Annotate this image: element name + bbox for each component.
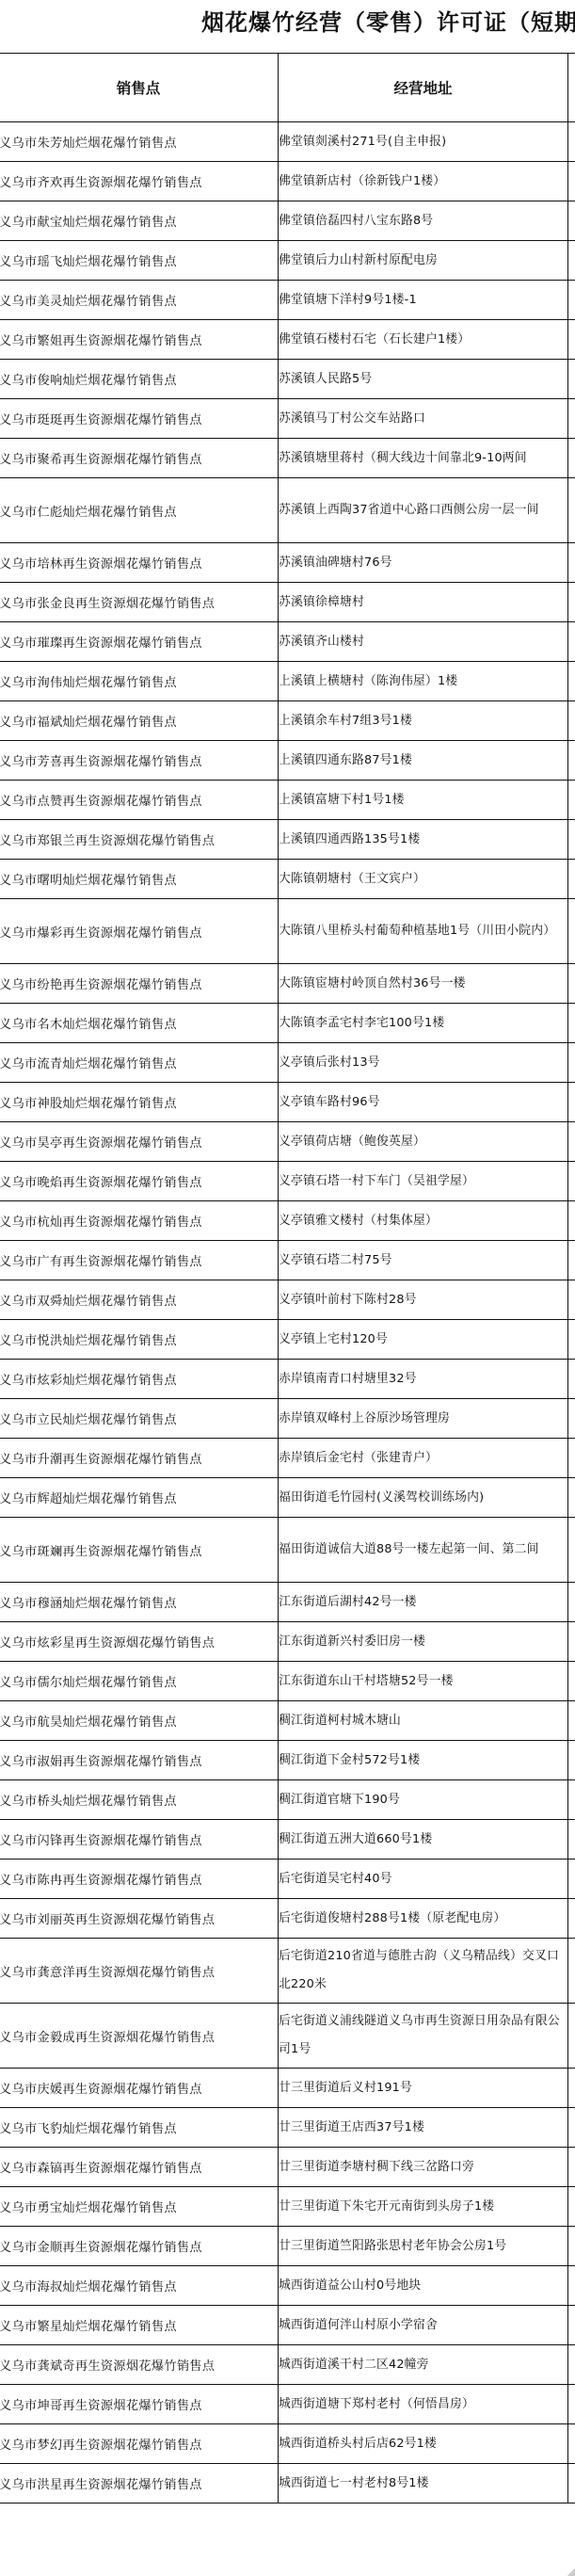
- cell-address: 后宅街道210省道与德胜古韵（义乌精品线）交叉口北220米: [279, 1939, 568, 2004]
- cell-address: 佛堂镇石楼村石宅（石长建户1楼）: [279, 320, 568, 360]
- cell-address: 上溪镇四通西路135号1楼: [279, 820, 568, 860]
- cell-sales-point: 义乌市点赞再生资源烟花爆竹销售点: [0, 781, 279, 820]
- cell-extra: [568, 622, 575, 662]
- cell-address: 义亭镇后张村13号: [279, 1043, 568, 1083]
- cell-sales-point: 义乌市培林再生资源烟花爆竹销售点: [0, 543, 279, 583]
- cell-extra: [568, 1662, 575, 1701]
- table-row: 义乌市金毅成再生资源烟花爆竹销售点后宅街道义浦线隧道义乌市再生资源日用杂品有限公…: [0, 2004, 575, 2069]
- cell-extra: [568, 1622, 575, 1662]
- cell-extra: [568, 701, 575, 741]
- cell-extra: [568, 1320, 575, 1360]
- table-row: 义乌市仁彪灿烂烟花爆竹销售点苏溪镇上西陶37省道中心路口西侧公房一层一间: [0, 478, 575, 543]
- table-row: 义乌市坤哥再生资源烟花爆竹销售点城西街道塘下郑村老村（何悟昌房）: [0, 2385, 575, 2424]
- cell-address: 大陈镇八里桥头村葡萄种植基地1号（川田小院内）: [279, 899, 568, 964]
- cell-address: 赤岸镇双峰村上谷原沙场管理房: [279, 1399, 568, 1439]
- cell-extra: [568, 1583, 575, 1622]
- cell-address: 稠江街道柯村城木塘山: [279, 1701, 568, 1741]
- cell-address: 廿三里街道李塘村稠下线三岔路口旁: [279, 2148, 568, 2187]
- cell-address: 稠江街道官塘下190号: [279, 1780, 568, 1820]
- cell-address: 后宅街道吴宅村40号: [279, 1860, 568, 1899]
- cell-extra: [568, 2069, 575, 2108]
- cell-sales-point: 义乌市勇宝灿烂烟花爆竹销售点: [0, 2187, 279, 2227]
- permit-table: 销售点 经营地址 义乌市朱芳灿烂烟花爆竹销售点佛堂镇剡溪村271号(自主申报)义…: [0, 53, 575, 2504]
- cell-sales-point: 义乌市儒尔灿烂烟花爆竹销售点: [0, 1662, 279, 1701]
- table-row: 义乌市海叔灿烂烟花爆竹销售点城西街道益公山村0号地块: [0, 2266, 575, 2306]
- table-row: 义乌市纷艳再生资源烟花爆竹销售点大陈镇宦塘村岭顶自然村36号一楼: [0, 964, 575, 1004]
- column-header-name: 销售点: [0, 54, 279, 122]
- cell-address: 城西街道桥头村后店62号1楼: [279, 2424, 568, 2464]
- cell-sales-point: 义乌市献宝灿烂烟花爆竹销售点: [0, 201, 279, 241]
- table-row: 义乌市齐欢再生资源烟花爆竹销售点佛堂镇新店村（徐新钱户1楼）: [0, 162, 575, 201]
- cell-address: 城西街道塘下郑村老村（何悟昌房）: [279, 2385, 568, 2424]
- table-row: 义乌市洵伟灿烂烟花爆竹销售点上溪镇上横塘村（陈洵伟屋）1楼: [0, 662, 575, 701]
- table-row: 义乌市昊亭再生资源烟花爆竹销售点义亭镇荷店塘（鲍俊英屋）: [0, 1122, 575, 1162]
- table-row: 义乌市朱芳灿烂烟花爆竹销售点佛堂镇剡溪村271号(自主申报): [0, 122, 575, 162]
- table-row: 义乌市炫彩灿烂烟花爆竹销售点赤岸镇南青口村塘里32号: [0, 1360, 575, 1399]
- cell-sales-point: 义乌市繁星灿烂烟花爆竹销售点: [0, 2306, 279, 2345]
- cell-address: 苏溪镇塘里蒋村（稠大线边十间靠北9-10两间: [279, 439, 568, 478]
- table-row: 义乌市献宝灿烂烟花爆竹销售点佛堂镇倍磊四村八宝东路8号: [0, 201, 575, 241]
- column-header-extra: [568, 54, 575, 122]
- cell-extra: [568, 1701, 575, 1741]
- cell-sales-point: 义乌市张金良再生资源烟花爆竹销售点: [0, 583, 279, 622]
- table-row: 义乌市升潮再生资源烟花爆竹销售点赤岸镇后金宅村（张建青户）: [0, 1439, 575, 1478]
- cell-sales-point: 义乌市陈冉再生资源烟花爆竹销售点: [0, 1860, 279, 1899]
- cell-extra: [568, 1241, 575, 1280]
- cell-extra: [568, 1939, 575, 2004]
- cell-sales-point: 义乌市洵伟灿烂烟花爆竹销售点: [0, 662, 279, 701]
- cell-address: 廿三里街道王店西37号1楼: [279, 2108, 568, 2148]
- table-row: 义乌市立民灿烂烟花爆竹销售点赤岸镇双峰村上谷原沙场管理房: [0, 1399, 575, 1439]
- cell-sales-point: 义乌市珽珽再生资源烟花爆竹销售点: [0, 399, 279, 439]
- cell-address: 赤岸镇南青口村塘里32号: [279, 1360, 568, 1399]
- document-title: 烟花爆竹经营（零售）许可证（短期）: [201, 4, 575, 37]
- table-row: 义乌市美灵灿烂烟花爆竹销售点佛堂镇塘下洋村9号1楼-1: [0, 281, 575, 320]
- table-row: 义乌市福斌灿烂烟花爆竹销售点上溪镇余车村7组3号1楼: [0, 701, 575, 741]
- table-row: 义乌市穆涵灿烂烟花爆竹销售点江东街道后湖村42号一楼: [0, 1583, 575, 1622]
- cell-extra: [568, 1004, 575, 1043]
- cell-address: 苏溪镇马丁村公交车站路口: [279, 399, 568, 439]
- cell-sales-point: 义乌市淑娟再生资源烟花爆竹销售点: [0, 1741, 279, 1780]
- table-row: 义乌市桥头灿烂烟花爆竹销售点稠江街道官塘下190号: [0, 1780, 575, 1820]
- cell-address: 苏溪镇上西陶37省道中心路口西侧公房一层一间: [279, 478, 568, 543]
- cell-extra: [568, 2345, 575, 2385]
- table-row: 义乌市点赞再生资源烟花爆竹销售点上溪镇富塘下村1号1楼: [0, 781, 575, 820]
- cell-extra: [568, 122, 575, 162]
- cell-extra: [568, 2004, 575, 2069]
- table-row: 义乌市晚焰再生资源烟花爆竹销售点义亭镇石塔一村下车门（吴祖学屋）: [0, 1162, 575, 1201]
- cell-address: 上溪镇富塘下村1号1楼: [279, 781, 568, 820]
- table-row: 义乌市辉超灿烂烟花爆竹销售点福田街道毛竹园村(义溪驾校训练场内): [0, 1478, 575, 1518]
- table-row: 义乌市森镐再生资源烟花爆竹销售点廿三里街道李塘村稠下线三岔路口旁: [0, 2148, 575, 2187]
- cell-sales-point: 义乌市瑶飞灿烂烟花爆竹销售点: [0, 241, 279, 281]
- cell-sales-point: 义乌市爆彩再生资源烟花爆竹销售点: [0, 899, 279, 964]
- cell-extra: [568, 2187, 575, 2227]
- cell-sales-point: 义乌市斑斓再生资源烟花爆竹销售点: [0, 1518, 279, 1583]
- cell-address: 佛堂镇塘下洋村9号1楼-1: [279, 281, 568, 320]
- cell-address: 大陈镇李孟宅村李宅100号1楼: [279, 1004, 568, 1043]
- table-row: 义乌市金顺再生资源烟花爆竹销售点廿三里街道竺阳路张思村老年协会公房1号: [0, 2227, 575, 2266]
- cell-address: 佛堂镇倍磊四村八宝东路8号: [279, 201, 568, 241]
- table-row: 义乌市爆彩再生资源烟花爆竹销售点大陈镇八里桥头村葡萄种植基地1号（川田小院内）: [0, 899, 575, 964]
- table-row: 义乌市神股灿烂烟花爆竹销售点义亭镇车路村96号: [0, 1083, 575, 1122]
- cell-extra: [568, 741, 575, 781]
- cell-address: 廿三里街道竺阳路张思村老年协会公房1号: [279, 2227, 568, 2266]
- cell-extra: [568, 860, 575, 899]
- cell-sales-point: 义乌市闪锋再生资源烟花爆竹销售点: [0, 1820, 279, 1860]
- cell-address: 后宅街道义浦线隧道义乌市再生资源日用杂品有限公司1号: [279, 2004, 568, 2069]
- cell-extra: [568, 1780, 575, 1820]
- cell-address: 上溪镇四通东路87号1楼: [279, 741, 568, 781]
- cell-sales-point: 义乌市美灵灿烂烟花爆竹销售点: [0, 281, 279, 320]
- cell-sales-point: 义乌市洪星再生资源烟花爆竹销售点: [0, 2464, 279, 2504]
- cell-extra: [568, 281, 575, 320]
- table-row: 义乌市悦洪灿烂烟花爆竹销售点义亭镇上宅村120号: [0, 1320, 575, 1360]
- cell-sales-point: 义乌市辉超灿烂烟花爆竹销售点: [0, 1478, 279, 1518]
- cell-extra: [568, 1899, 575, 1939]
- cell-address: 福田街道毛竹园村(义溪驾校训练场内): [279, 1478, 568, 1518]
- cell-sales-point: 义乌市璀璨再生资源烟花爆竹销售点: [0, 622, 279, 662]
- cell-extra: [568, 1820, 575, 1860]
- table-row: 义乌市张金良再生资源烟花爆竹销售点苏溪镇徐樟塘村: [0, 583, 575, 622]
- table-row: 义乌市庆媛再生资源烟花爆竹销售点廿三里街道后义村191号: [0, 2069, 575, 2108]
- table-row: 义乌市俊响灿烂烟花爆竹销售点苏溪镇人民路5号: [0, 360, 575, 399]
- cell-extra: [568, 1439, 575, 1478]
- cell-extra: [568, 201, 575, 241]
- table-row: 义乌市梦幻再生资源烟花爆竹销售点城西街道桥头村后店62号1楼: [0, 2424, 575, 2464]
- table-row: 义乌市淑娟再生资源烟花爆竹销售点稠江街道下金村572号1楼: [0, 1741, 575, 1780]
- cell-sales-point: 义乌市金顺再生资源烟花爆竹销售点: [0, 2227, 279, 2266]
- cell-sales-point: 义乌市金毅成再生资源烟花爆竹销售点: [0, 2004, 279, 2069]
- cell-sales-point: 义乌市桥头灿烂烟花爆竹销售点: [0, 1780, 279, 1820]
- table-row: 义乌市儒尔灿烂烟花爆竹销售点江东街道东山干村塔塘52号一楼: [0, 1662, 575, 1701]
- cell-sales-point: 义乌市悦洪灿烂烟花爆竹销售点: [0, 1320, 279, 1360]
- cell-extra: [568, 1360, 575, 1399]
- table-row: 义乌市珽珽再生资源烟花爆竹销售点苏溪镇马丁村公交车站路口: [0, 399, 575, 439]
- table-row: 义乌市繁星灿烂烟花爆竹销售点城西街道何泮山村原小学宿舍: [0, 2306, 575, 2345]
- cell-address: 江东街道新兴村委旧房一楼: [279, 1622, 568, 1662]
- cell-sales-point: 义乌市穆涵灿烂烟花爆竹销售点: [0, 1583, 279, 1622]
- cell-address: 城西街道益公山村0号地块: [279, 2266, 568, 2306]
- table-row: 义乌市陈冉再生资源烟花爆竹销售点后宅街道吴宅村40号: [0, 1860, 575, 1899]
- cell-address: 苏溪镇徐樟塘村: [279, 583, 568, 622]
- cell-sales-point: 义乌市森镐再生资源烟花爆竹销售点: [0, 2148, 279, 2187]
- cell-address: 佛堂镇剡溪村271号(自主申报): [279, 122, 568, 162]
- cell-extra: [568, 162, 575, 201]
- cell-address: 稠江街道五洲大道660号1楼: [279, 1820, 568, 1860]
- cell-sales-point: 义乌市福斌灿烂烟花爆竹销售点: [0, 701, 279, 741]
- cell-address: 廿三里街道后义村191号: [279, 2069, 568, 2108]
- table-row: 义乌市名木灿烂烟花爆竹销售点大陈镇李孟宅村李宅100号1楼: [0, 1004, 575, 1043]
- cell-extra: [568, 241, 575, 281]
- cell-address: 大陈镇朝塘村（王文宾户）: [279, 860, 568, 899]
- cell-sales-point: 义乌市纷艳再生资源烟花爆竹销售点: [0, 964, 279, 1004]
- cell-sales-point: 义乌市杭灿再生资源烟花爆竹销售点: [0, 1201, 279, 1241]
- cell-sales-point: 义乌市郑银兰再生资源烟花爆竹销售点: [0, 820, 279, 860]
- cell-extra: [568, 1741, 575, 1780]
- cell-extra: [568, 2108, 575, 2148]
- cell-sales-point: 义乌市昊亭再生资源烟花爆竹销售点: [0, 1122, 279, 1162]
- table-row: 义乌市勇宝灿烂烟花爆竹销售点廿三里街道下朱宅开元南街到头房子1楼: [0, 2187, 575, 2227]
- cell-sales-point: 义乌市海叔灿烂烟花爆竹销售点: [0, 2266, 279, 2306]
- cell-extra: [568, 439, 575, 478]
- cell-sales-point: 义乌市升潮再生资源烟花爆竹销售点: [0, 1439, 279, 1478]
- cell-sales-point: 义乌市梦幻再生资源烟花爆竹销售点: [0, 2424, 279, 2464]
- cell-extra: [568, 583, 575, 622]
- cell-sales-point: 义乌市仁彪灿烂烟花爆竹销售点: [0, 478, 279, 543]
- cell-extra: [568, 964, 575, 1004]
- table-body: 义乌市朱芳灿烂烟花爆竹销售点佛堂镇剡溪村271号(自主申报)义乌市齐欢再生资源烟…: [0, 122, 575, 2504]
- cell-address: 大陈镇宦塘村岭顶自然村36号一楼: [279, 964, 568, 1004]
- cell-sales-point: 义乌市曙明灿烂烟花爆竹销售点: [0, 860, 279, 899]
- cell-extra: [568, 2148, 575, 2187]
- cell-sales-point: 义乌市坤哥再生资源烟花爆竹销售点: [0, 2385, 279, 2424]
- cell-sales-point: 义乌市聚希再生资源烟花爆竹销售点: [0, 439, 279, 478]
- cell-address: 义亭镇雅文楼村（村集体屋）: [279, 1201, 568, 1241]
- cell-address: 佛堂镇新店村（徐新钱户1楼）: [279, 162, 568, 201]
- table-row: 义乌市洪星再生资源烟花爆竹销售点城西街道七一村老村8号1楼: [0, 2464, 575, 2504]
- table-row: 义乌市流青灿烂烟花爆竹销售点义亭镇后张村13号: [0, 1043, 575, 1083]
- table-header-row: 销售点 经营地址: [0, 54, 575, 122]
- cell-address: 城西街道溪干村二区42幢旁: [279, 2345, 568, 2385]
- cell-sales-point: 义乌市名木灿烂烟花爆竹销售点: [0, 1004, 279, 1043]
- cell-sales-point: 义乌市晚焰再生资源烟花爆竹销售点: [0, 1162, 279, 1201]
- cell-extra: [568, 1478, 575, 1518]
- table-row: 义乌市聚希再生资源烟花爆竹销售点苏溪镇塘里蒋村（稠大线边十间靠北9-10两间: [0, 439, 575, 478]
- cell-sales-point: 义乌市流青灿烂烟花爆竹销售点: [0, 1043, 279, 1083]
- table-row: 义乌市双舜灿烂烟花爆竹销售点义亭镇叶前村下陈村28号: [0, 1280, 575, 1320]
- cell-address: 义亭镇荷店塘（鲍俊英屋）: [279, 1122, 568, 1162]
- cell-sales-point: 义乌市炫彩灿烂烟花爆竹销售点: [0, 1360, 279, 1399]
- cell-extra: [568, 1122, 575, 1162]
- cell-extra: [568, 1162, 575, 1201]
- cell-extra: [568, 820, 575, 860]
- table-row: 义乌市炫彩星再生资源烟花爆竹销售点江东街道新兴村委旧房一楼: [0, 1622, 575, 1662]
- cell-address: 福田街道诚信大道88号一楼左起第一间、第二间: [279, 1518, 568, 1583]
- cell-sales-point: 义乌市刘丽英再生资源烟花爆竹销售点: [0, 1899, 279, 1939]
- table-row: 义乌市杭灿再生资源烟花爆竹销售点义亭镇雅文楼村（村集体屋）: [0, 1201, 575, 1241]
- table-row: 义乌市斑斓再生资源烟花爆竹销售点福田街道诚信大道88号一楼左起第一间、第二间: [0, 1518, 575, 1583]
- cell-address: 后宅街道俊塘村288号1楼（原老配电房）: [279, 1899, 568, 1939]
- cell-address: 赤岸镇后金宅村（张建青户）: [279, 1439, 568, 1478]
- cell-sales-point: 义乌市龚意洋再生资源烟花爆竹销售点: [0, 1939, 279, 2004]
- cell-extra: [568, 543, 575, 583]
- cell-extra: [568, 1518, 575, 1583]
- cell-sales-point: 义乌市广有再生资源烟花爆竹销售点: [0, 1241, 279, 1280]
- table-row: 义乌市培林再生资源烟花爆竹销售点苏溪镇油碑塘村76号: [0, 543, 575, 583]
- cell-extra: [568, 2227, 575, 2266]
- resize-corner-icon: [567, 2568, 575, 2576]
- cell-extra: [568, 478, 575, 543]
- cell-sales-point: 义乌市双舜灿烂烟花爆竹销售点: [0, 1280, 279, 1320]
- cell-address: 江东街道东山干村塔塘52号一楼: [279, 1662, 568, 1701]
- cell-sales-point: 义乌市俊响灿烂烟花爆竹销售点: [0, 360, 279, 399]
- cell-address: 苏溪镇油碑塘村76号: [279, 543, 568, 583]
- cell-extra: [568, 1043, 575, 1083]
- cell-extra: [568, 2424, 575, 2464]
- cell-sales-point: 义乌市航昊灿烂烟花爆竹销售点: [0, 1701, 279, 1741]
- cell-address: 义亭镇上宅村120号: [279, 1320, 568, 1360]
- cell-extra: [568, 899, 575, 964]
- cell-extra: [568, 2385, 575, 2424]
- cell-sales-point: 义乌市朱芳灿烂烟花爆竹销售点: [0, 122, 279, 162]
- cell-sales-point: 义乌市龚斌奇再生资源烟花爆竹销售点: [0, 2345, 279, 2385]
- cell-address: 义亭镇石塔二村75号: [279, 1241, 568, 1280]
- cell-address: 上溪镇余车村7组3号1楼: [279, 701, 568, 741]
- cell-extra: [568, 320, 575, 360]
- cell-sales-point: 义乌市立民灿烂烟花爆竹销售点: [0, 1399, 279, 1439]
- cell-sales-point: 义乌市繁姐再生资源烟花爆竹销售点: [0, 320, 279, 360]
- cell-address: 苏溪镇人民路5号: [279, 360, 568, 399]
- cell-address: 苏溪镇齐山楼村: [279, 622, 568, 662]
- table-row: 义乌市闪锋再生资源烟花爆竹销售点稠江街道五洲大道660号1楼: [0, 1820, 575, 1860]
- table-row: 义乌市繁姐再生资源烟花爆竹销售点佛堂镇石楼村石宅（石长建户1楼）: [0, 320, 575, 360]
- cell-address: 义亭镇石塔一村下车门（吴祖学屋）: [279, 1162, 568, 1201]
- cell-sales-point: 义乌市芳喜再生资源烟花爆竹销售点: [0, 741, 279, 781]
- cell-address: 义亭镇车路村96号: [279, 1083, 568, 1122]
- table-row: 义乌市刘丽英再生资源烟花爆竹销售点后宅街道俊塘村288号1楼（原老配电房）: [0, 1899, 575, 1939]
- cell-address: 上溪镇上横塘村（陈洵伟屋）1楼: [279, 662, 568, 701]
- cell-extra: [568, 662, 575, 701]
- column-header-address: 经营地址: [279, 54, 568, 122]
- cell-extra: [568, 2306, 575, 2345]
- cell-extra: [568, 2266, 575, 2306]
- table-row: 义乌市飞豹灿烂烟花爆竹销售点廿三里街道王店西37号1楼: [0, 2108, 575, 2148]
- table-row: 义乌市航昊灿烂烟花爆竹销售点稠江街道柯村城木塘山: [0, 1701, 575, 1741]
- table-row: 义乌市龚意洋再生资源烟花爆竹销售点后宅街道210省道与德胜古韵（义乌精品线）交叉…: [0, 1939, 575, 2004]
- cell-address: 城西街道七一村老村8号1楼: [279, 2464, 568, 2504]
- cell-address: 佛堂镇后力山村新村原配电房: [279, 241, 568, 281]
- table-row: 义乌市龚斌奇再生资源烟花爆竹销售点城西街道溪干村二区42幢旁: [0, 2345, 575, 2385]
- cell-sales-point: 义乌市飞豹灿烂烟花爆竹销售点: [0, 2108, 279, 2148]
- cell-address: 江东街道后湖村42号一楼: [279, 1583, 568, 1622]
- table-row: 义乌市芳喜再生资源烟花爆竹销售点上溪镇四通东路87号1楼: [0, 741, 575, 781]
- cell-extra: [568, 1860, 575, 1899]
- cell-sales-point: 义乌市炫彩星再生资源烟花爆竹销售点: [0, 1622, 279, 1662]
- cell-sales-point: 义乌市庆媛再生资源烟花爆竹销售点: [0, 2069, 279, 2108]
- cell-extra: [568, 1201, 575, 1241]
- cell-extra: [568, 781, 575, 820]
- cell-sales-point: 义乌市齐欢再生资源烟花爆竹销售点: [0, 162, 279, 201]
- cell-extra: [568, 360, 575, 399]
- table-row: 义乌市曙明灿烂烟花爆竹销售点大陈镇朝塘村（王文宾户）: [0, 860, 575, 899]
- cell-extra: [568, 1083, 575, 1122]
- cell-extra: [568, 1399, 575, 1439]
- table-row: 义乌市璀璨再生资源烟花爆竹销售点苏溪镇齐山楼村: [0, 622, 575, 662]
- table-row: 义乌市郑银兰再生资源烟花爆竹销售点上溪镇四通西路135号1楼: [0, 820, 575, 860]
- table-row: 义乌市广有再生资源烟花爆竹销售点义亭镇石塔二村75号: [0, 1241, 575, 1280]
- cell-extra: [568, 1280, 575, 1320]
- table-row: 义乌市瑶飞灿烂烟花爆竹销售点佛堂镇后力山村新村原配电房: [0, 241, 575, 281]
- cell-address: 廿三里街道下朱宅开元南街到头房子1楼: [279, 2187, 568, 2227]
- cell-address: 稠江街道下金村572号1楼: [279, 1741, 568, 1780]
- cell-address: 义亭镇叶前村下陈村28号: [279, 1280, 568, 1320]
- cell-address: 城西街道何泮山村原小学宿舍: [279, 2306, 568, 2345]
- cell-extra: [568, 2464, 575, 2504]
- cell-sales-point: 义乌市神股灿烂烟花爆竹销售点: [0, 1083, 279, 1122]
- cell-extra: [568, 399, 575, 439]
